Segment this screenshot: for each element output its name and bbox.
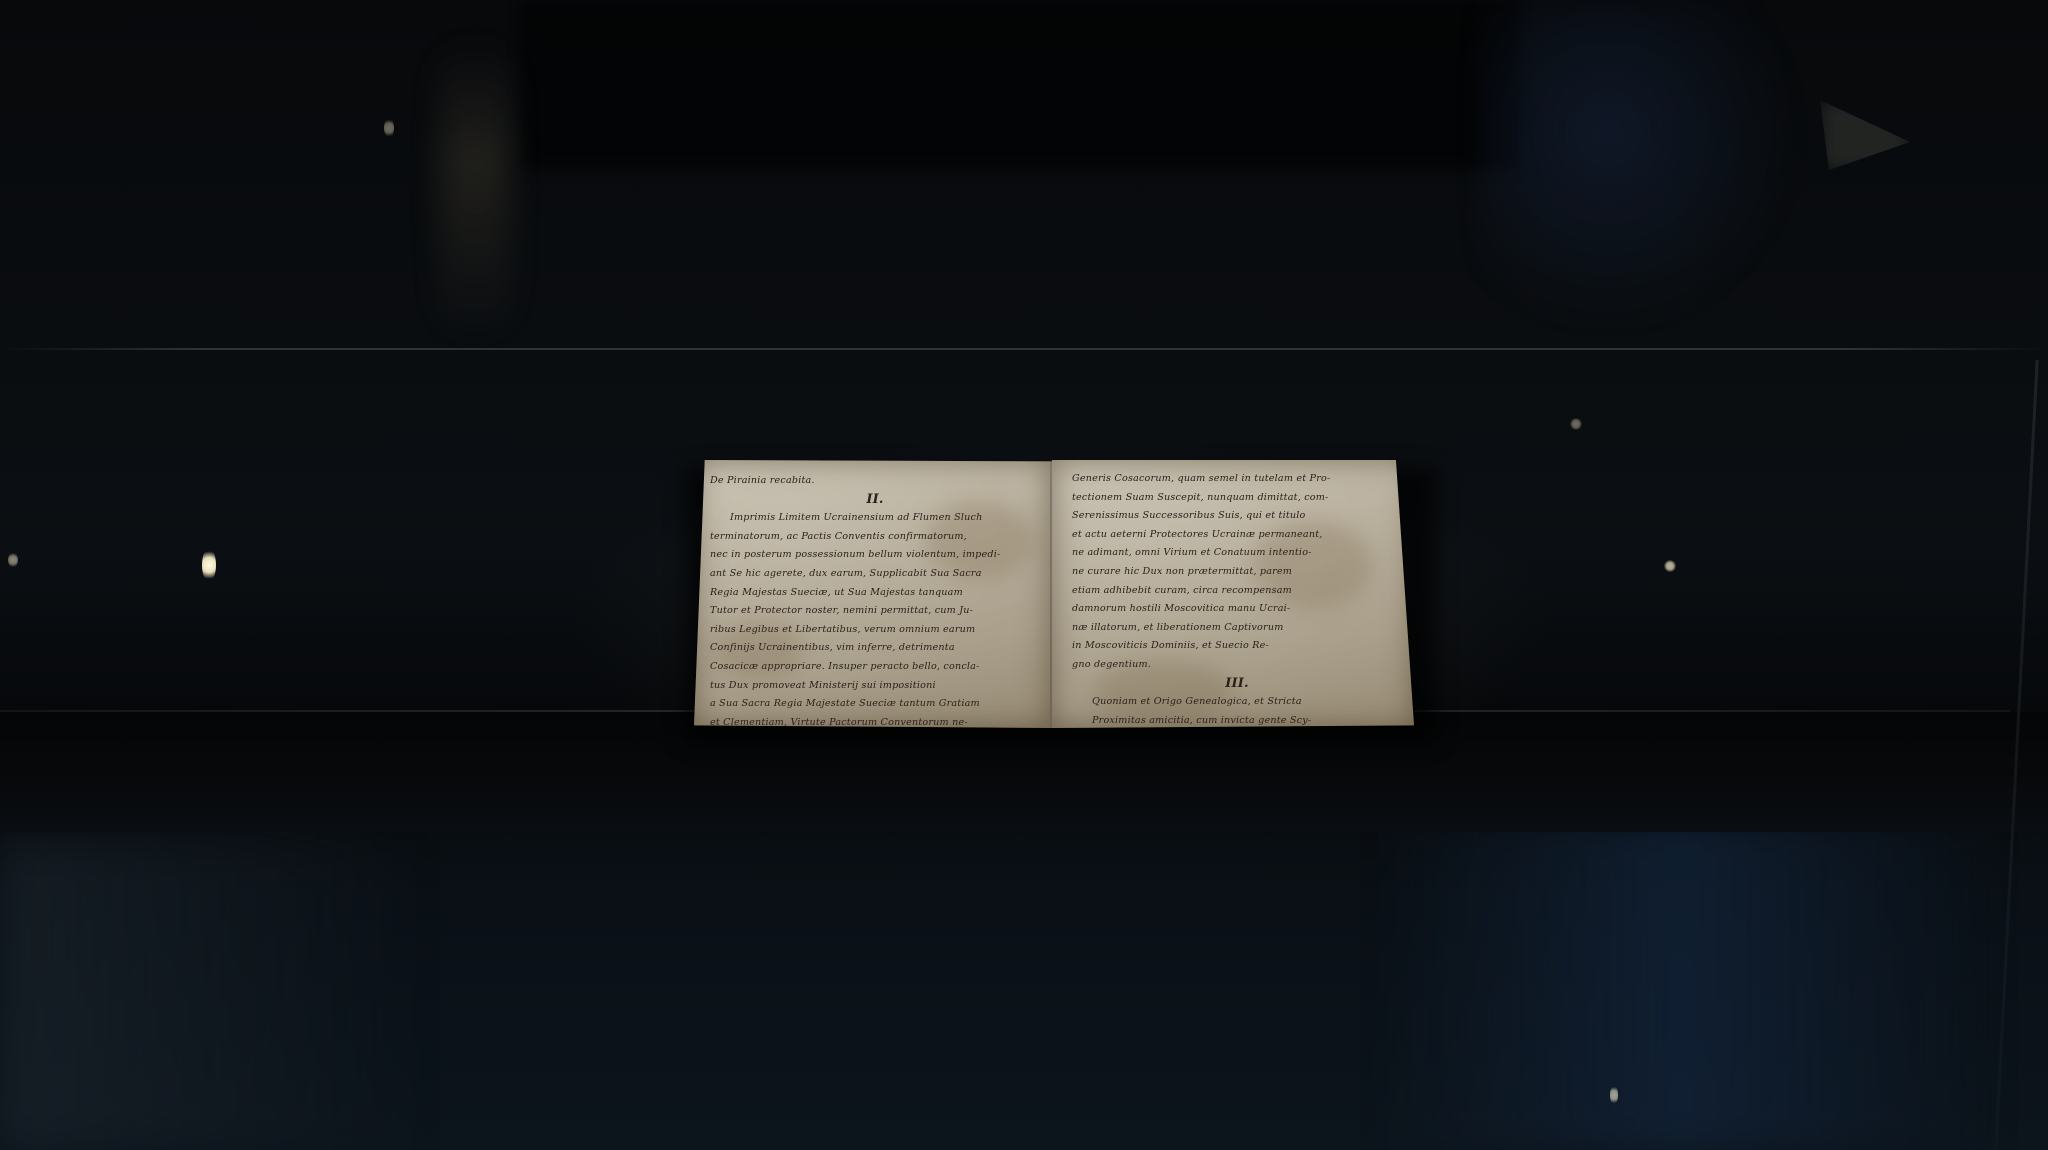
text-line: etiam adhibebit curam, circa recompensam: [1072, 582, 1402, 601]
text-line: Confinijs Ucrainentibus, vim inferre, de…: [710, 639, 1040, 658]
text-line: a Sua Sacra Regia Majestate Sueciæ tantu…: [710, 695, 1040, 714]
text-line: damnorum hostili Moscovitica manu Ucrai-: [1072, 600, 1402, 619]
text-line: Tutor et Protector noster, nemini permit…: [710, 602, 1040, 621]
warm-light-reflection: [440, 40, 510, 340]
text-line: Regia Majestas Sueciæ, ut Sua Majestas t…: [710, 584, 1040, 603]
light-reflection: [384, 118, 394, 138]
open-manuscript: De Pirainia recabita. II. Imprimis Limit…: [694, 460, 1424, 732]
light-reflection: [8, 552, 18, 568]
text-line: ne adimant, omni Virium et Conatuum inte…: [1072, 544, 1402, 563]
light-reflection: [1570, 418, 1582, 430]
gray-reflection: [1820, 100, 1910, 170]
section-number: III.: [1072, 675, 1402, 694]
manuscript-right-page: Generis Cosacorum, quam semel in tutelam…: [1052, 460, 1414, 728]
text-line: næ illatorum, et liberationem Captivorum: [1072, 619, 1402, 638]
text-line: in Moscoviticis Dominiis, et Suecio Re-: [1072, 637, 1402, 656]
text-line: ant Se hic agerete, dux earum, Supplicab…: [710, 565, 1040, 584]
glass-reflection-right: [1380, 820, 1980, 1150]
light-reflection: [1610, 1085, 1618, 1105]
right-page-text: Generis Cosacorum, quam semel in tutelam…: [1072, 470, 1402, 728]
text-line: tectionem Suam Suscepit, nunquam dimitta…: [1072, 489, 1402, 508]
text-line: Cosacicæ appropriare. Insuper peracto be…: [710, 658, 1040, 677]
blue-reflection-top: [1480, 0, 1800, 330]
text-line: et actu aeterni Protectores Ucrainæ perm…: [1072, 526, 1402, 545]
left-page-text: De Pirainia recabita. II. Imprimis Limit…: [710, 472, 1040, 728]
text-line: Serenissimus Successoribus Suis, qui et …: [1072, 507, 1402, 526]
text-line: ribus Legibus et Libertatibus, verum omn…: [710, 621, 1040, 640]
light-reflection: [202, 548, 216, 582]
text-line: Proximitas amicitia, cum invicta gente S…: [1072, 712, 1402, 728]
museum-display-scene: De Pirainia recabita. II. Imprimis Limit…: [0, 0, 2048, 1150]
glass-reflection-left: [0, 840, 420, 1150]
text-line: ne curare hic Dux non prætermittat, pare…: [1072, 563, 1402, 582]
section-number: II.: [710, 491, 1040, 510]
text-line: nec in posterum possessionum bellum viol…: [710, 546, 1040, 565]
text-line: tus Dux promoveat Ministerij sui imposit…: [710, 677, 1040, 696]
light-reflection: [1664, 560, 1676, 572]
page-header: De Pirainia recabita.: [710, 472, 1040, 491]
text-line: Imprimis Limitem Ucrainensium ad Flumen …: [710, 509, 1040, 528]
glass-case-top-edge: [0, 348, 2048, 350]
text-line: Generis Cosacorum, quam semel in tutelam…: [1072, 470, 1402, 489]
text-line: gno degentium.: [1072, 656, 1402, 675]
manuscript-left-page: De Pirainia recabita. II. Imprimis Limit…: [694, 460, 1052, 728]
text-line: terminatorum, ac Pactis Conventis confir…: [710, 528, 1040, 547]
background-dark-panel: [520, 0, 1520, 170]
text-line: Quoniam et Origo Genealogica, et Stricta: [1072, 693, 1402, 712]
